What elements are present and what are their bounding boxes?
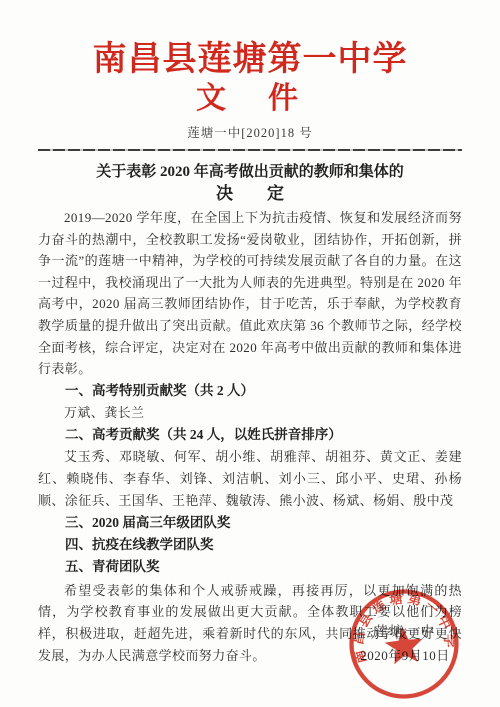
section-heading-grade-team-award: 三、2020 届高三年级团队奖 — [38, 512, 462, 534]
section-heading-online-teaching-award: 四、抗疫在线教学团队奖 — [38, 534, 462, 556]
doc-title-line1: 关于表彰 2020 年高考做出贡献的教师和集体的 — [38, 162, 462, 182]
section-heading-special-award: 一、高考特别贡献奖（共 2 人） — [38, 380, 462, 402]
doc-title-line2: 决 定 — [38, 182, 462, 205]
section-heading-contribution-award: 二、高考贡献奖（共 24 人，以姓氏拼音排序） — [38, 424, 462, 446]
official-red-seal: 南昌县莲塘第一中学 — [336, 576, 472, 707]
org-name-redhead: 南昌县莲塘第一中学 — [38, 40, 462, 80]
doc-number: 莲塘一中[2020]18 号 — [38, 125, 462, 141]
section-names-special-award: 万斌、龚长兰 — [38, 402, 462, 424]
section-names-contribution-award: 艾玉秀、邓晓敏、何军、胡小维、胡雅萍、胡祖芬、黄文正、姜建红、赖晓伟、李春华、刘… — [38, 446, 462, 512]
body-paragraph-intro: 2019—2020 学年度，在全国上下为抗击疫情、恢复和发展经济而努力奋斗的热潮… — [38, 207, 462, 380]
official-document-page: 南昌县莲塘第一中学 文 件 莲塘一中[2020]18 号 关于表彰 2020 年… — [0, 0, 500, 707]
header-separator-line — [38, 149, 462, 151]
section-heading-qinghe-team-award: 五、青荷团队奖 — [38, 556, 462, 578]
seal-star-icon — [383, 625, 425, 665]
doc-type-label: 文 件 — [38, 80, 462, 118]
